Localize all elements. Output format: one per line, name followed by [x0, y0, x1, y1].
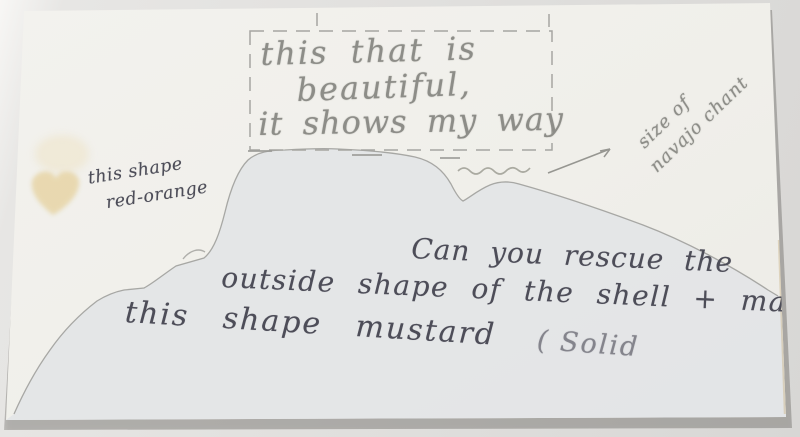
arrow-icon [548, 149, 610, 173]
pencil-squiggle [458, 168, 530, 174]
dashed-frame-ticks [317, 13, 549, 27]
boxed-note-line3: it shows my way [258, 103, 564, 142]
stain-soft-blob [35, 135, 89, 173]
pencil-flourish [183, 250, 205, 259]
paper-sheet: this that is beautiful, it shows my way … [0, 0, 800, 437]
main-note-line4: ( Solid [536, 327, 640, 362]
scanned-note: this that is beautiful, it shows my way … [0, 0, 800, 437]
stain-heart [32, 171, 79, 215]
